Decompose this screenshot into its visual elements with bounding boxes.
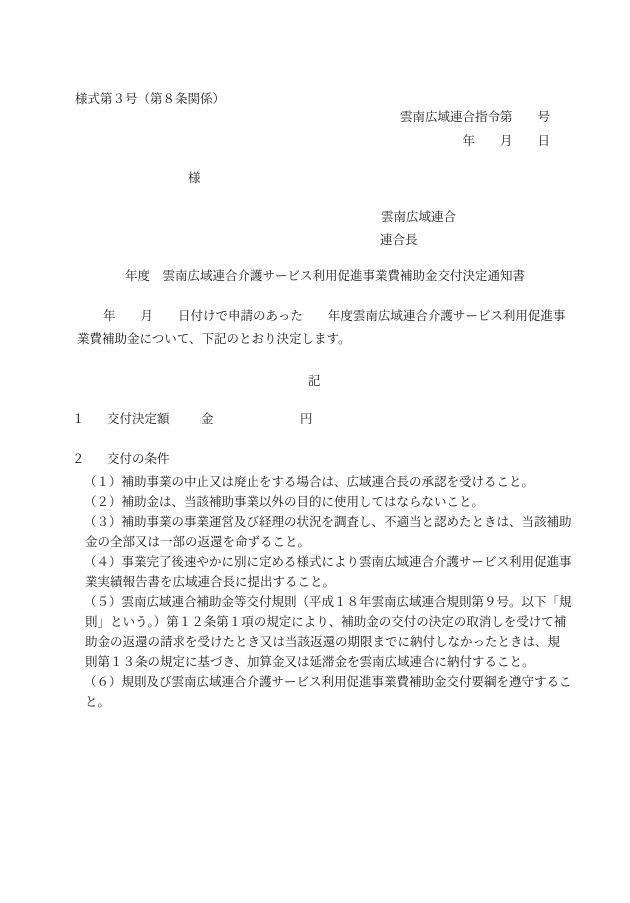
condition-5: （５）雲南広域連合補助金等交付規則（平成１８年雲南広域連合規則第９号。以下「規	[84, 595, 572, 610]
addressee-honorific: 様	[188, 171, 201, 186]
body-line-1: 年 月 日付けで申請のあった 年度雲南広域連合介護サービス利用促進事	[103, 309, 565, 324]
condition-1: （１）補助事業の中止又は廃止をする場合は、広域連合長の承認を受けること。	[84, 475, 534, 490]
document-page: 様式第３号（第８条関係） 雲南広域連合指令第 号 年 月 日 様 雲南広域連合 …	[0, 0, 630, 903]
condition-4-cont: 業実績報告書を広域連合長に提出すること。	[85, 575, 335, 590]
item1-number: １	[72, 412, 85, 427]
condition-5-cont-2: 助金の返還の請求を受けたとき又は当該返還の期限までに納付しなかったときは、規	[85, 635, 560, 650]
condition-2: （２）補助金は、当該補助事業以外の目的に使用してはならないこと。	[84, 495, 484, 510]
condition-6-cont: と。	[85, 695, 110, 710]
item1-label: 交付決定額	[107, 412, 170, 427]
condition-3: （３）補助事業の事業運営及び経理の状況を調査し、不適当と認めたときは、当該補助	[84, 515, 572, 530]
issuer-title: 連合長	[380, 233, 418, 248]
condition-5-cont-3: 則第１３条の規定に基づき、加算金又は延滞金を雲南広域連合に納付すること。	[85, 655, 535, 670]
body-line-2: 業費補助金について、下記のとおり決定します。	[77, 332, 351, 347]
condition-5-cont-1: 則」という。）第１２条第１項の規定により、補助金の交付の決定の取消しを受けて補	[85, 615, 566, 630]
item2-number: ２	[72, 452, 85, 467]
record-marker: 記	[308, 374, 321, 389]
condition-6: （６）規則及び雲南広域連合介護サービス利用促進事業費補助金交付要綱を遵守するこ	[84, 675, 572, 690]
document-title: 年度 雲南広域連合介護サービス利用促進事業費補助金交付決定通知書	[125, 269, 525, 284]
date-line: 年 月 日	[462, 134, 550, 149]
item1-currency-suffix: 円	[300, 412, 313, 427]
directive-number-line: 雲南広域連合指令第 号	[400, 110, 550, 125]
issuer-org: 雲南広域連合	[381, 210, 456, 225]
form-number: 様式第３号（第８条関係）	[75, 92, 225, 107]
item2-label: 交付の条件	[107, 452, 170, 467]
item1-currency-prefix: 金	[201, 412, 214, 427]
condition-4: （４）事業完了後速やかに別に定める様式により雲南広域連合介護サービス利用促進事	[84, 555, 572, 570]
condition-3-cont: 金の全部又は一部の返還を命ずること。	[85, 535, 310, 550]
